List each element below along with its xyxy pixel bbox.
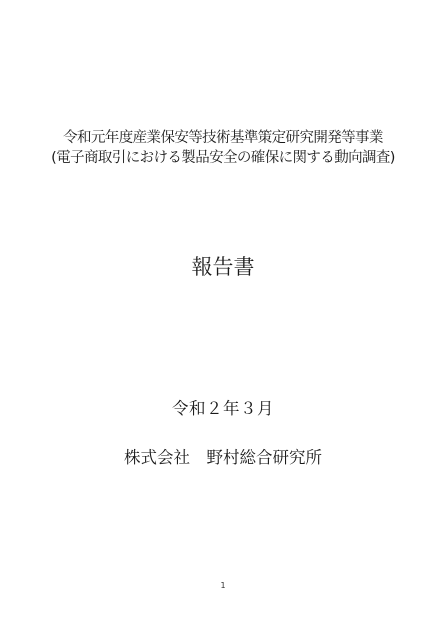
project-title-line-1: 令和元年度産業保安等技術基準策定研究開発等事業: [0, 128, 446, 148]
report-title: 報告書: [0, 253, 446, 281]
page-number: 1: [0, 580, 446, 592]
organization-name: 株式会社 野村総合研究所: [0, 447, 446, 469]
report-date: 令和２年３月: [0, 398, 446, 420]
project-title-line-2: (電子商取引における製品安全の確保に関する動向調査): [0, 148, 446, 168]
